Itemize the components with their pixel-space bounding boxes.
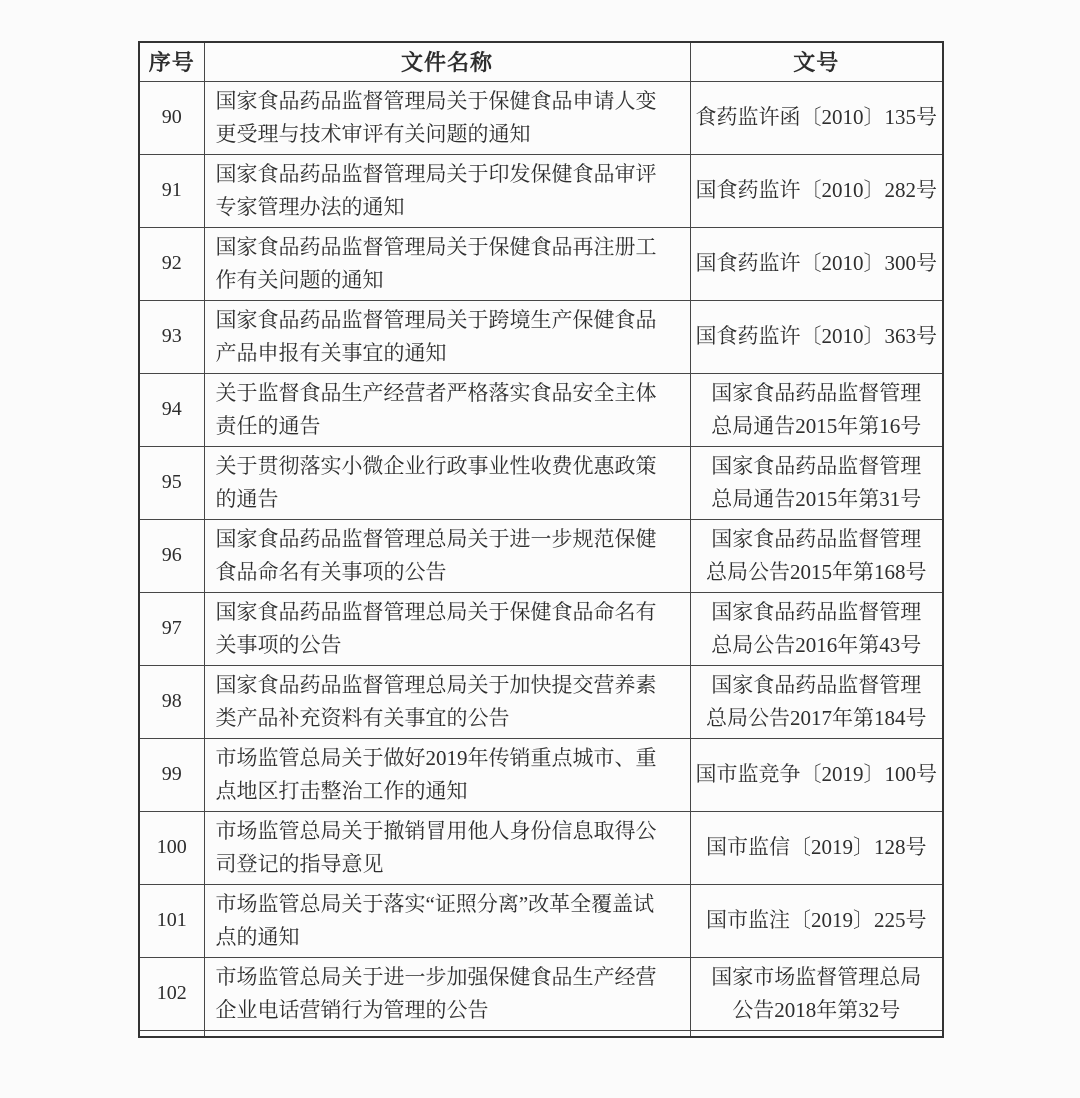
document-number-cell: 国家市场监督管理总局 公告2018年第32号 — [690, 957, 943, 1030]
filler-cell — [204, 1030, 690, 1037]
document-number-cell: 国市监竞争〔2019〕100号 — [690, 738, 943, 811]
table-row: 93 国家食品药品监督管理局关于跨境生产保健食品 产品申报有关事宜的通知 国食药… — [139, 300, 943, 373]
document-page: 序号 文件名称 文号 90 国家食品药品监督管理局关于保健食品申请人变 更受理与… — [0, 0, 1080, 1098]
document-name-cell: 市场监管总局关于落实“证照分离”改革全覆盖试 点的通知 — [204, 884, 690, 957]
document-number-cell: 国市监注〔2019〕225号 — [690, 884, 943, 957]
serial-number-cell: 97 — [139, 592, 204, 665]
table-row: 102 市场监管总局关于进一步加强保健食品生产经营 企业电话营销行为管理的公告 … — [139, 957, 943, 1030]
serial-number-cell: 100 — [139, 811, 204, 884]
document-number-cell: 国家食品药品监督管理 总局公告2015年第168号 — [690, 519, 943, 592]
serial-number-cell: 90 — [139, 81, 204, 154]
table-row: 90 国家食品药品监督管理局关于保健食品申请人变 更受理与技术审评有关问题的通知… — [139, 81, 943, 154]
table-row: 99 市场监管总局关于做好2019年传销重点城市、重 点地区打击整治工作的通知 … — [139, 738, 943, 811]
document-number-cell: 国食药监许〔2010〕363号 — [690, 300, 943, 373]
document-number-cell: 国食药监许〔2010〕300号 — [690, 227, 943, 300]
table-row: 101 市场监管总局关于落实“证照分离”改革全覆盖试 点的通知 国市监注〔201… — [139, 884, 943, 957]
document-number-cell: 国家食品药品监督管理 总局通告2015年第16号 — [690, 373, 943, 446]
serial-number-cell: 93 — [139, 300, 204, 373]
table-row: 97 国家食品药品监督管理总局关于保健食品命名有 关事项的公告 国家食品药品监督… — [139, 592, 943, 665]
table-row: 91 国家食品药品监督管理局关于印发保健食品审评 专家管理办法的通知 国食药监许… — [139, 154, 943, 227]
document-number-cell: 国家食品药品监督管理 总局公告2017年第184号 — [690, 665, 943, 738]
document-name-cell: 国家食品药品监督管理总局关于保健食品命名有 关事项的公告 — [204, 592, 690, 665]
table-row: 98 国家食品药品监督管理总局关于加快提交营养素 类产品补充资料有关事宜的公告 … — [139, 665, 943, 738]
table-row: 96 国家食品药品监督管理总局关于进一步规范保健 食品命名有关事项的公告 国家食… — [139, 519, 943, 592]
serial-number-cell: 101 — [139, 884, 204, 957]
header-document-number: 文号 — [690, 42, 943, 81]
document-name-cell: 市场监管总局关于进一步加强保健食品生产经营 企业电话营销行为管理的公告 — [204, 957, 690, 1030]
document-number-cell: 国食药监许〔2010〕282号 — [690, 154, 943, 227]
document-name-cell: 国家食品药品监督管理局关于保健食品再注册工 作有关问题的通知 — [204, 227, 690, 300]
table-row: 94 关于监督食品生产经营者严格落实食品安全主体 责任的通告 国家食品药品监督管… — [139, 373, 943, 446]
serial-number-cell: 99 — [139, 738, 204, 811]
serial-number-cell: 92 — [139, 227, 204, 300]
serial-number-cell: 102 — [139, 957, 204, 1030]
table-row: 92 国家食品药品监督管理局关于保健食品再注册工 作有关问题的通知 国食药监许〔… — [139, 227, 943, 300]
header-document-name: 文件名称 — [204, 42, 690, 81]
table-row: 100 市场监管总局关于撤销冒用他人身份信息取得公 司登记的指导意见 国市监信〔… — [139, 811, 943, 884]
serial-number-cell: 98 — [139, 665, 204, 738]
serial-number-cell: 96 — [139, 519, 204, 592]
document-number-cell: 国市监信〔2019〕128号 — [690, 811, 943, 884]
document-name-cell: 国家食品药品监督管理总局关于进一步规范保健 食品命名有关事项的公告 — [204, 519, 690, 592]
document-number-cell: 食药监许函〔2010〕135号 — [690, 81, 943, 154]
document-name-cell: 国家食品药品监督管理总局关于加快提交营养素 类产品补充资料有关事宜的公告 — [204, 665, 690, 738]
table-row: 95 关于贯彻落实小微企业行政事业性收费优惠政策 的通告 国家食品药品监督管理 … — [139, 446, 943, 519]
document-number-cell: 国家食品药品监督管理 总局通告2015年第31号 — [690, 446, 943, 519]
document-name-cell: 国家食品药品监督管理局关于印发保健食品审评 专家管理办法的通知 — [204, 154, 690, 227]
table-header-row: 序号 文件名称 文号 — [139, 42, 943, 81]
serial-number-cell: 91 — [139, 154, 204, 227]
document-name-cell: 国家食品药品监督管理局关于跨境生产保健食品 产品申报有关事宜的通知 — [204, 300, 690, 373]
document-name-cell: 关于监督食品生产经营者严格落实食品安全主体 责任的通告 — [204, 373, 690, 446]
serial-number-cell: 94 — [139, 373, 204, 446]
filler-cell — [690, 1030, 943, 1037]
document-name-cell: 市场监管总局关于做好2019年传销重点城市、重 点地区打击整治工作的通知 — [204, 738, 690, 811]
document-name-cell: 市场监管总局关于撤销冒用他人身份信息取得公 司登记的指导意见 — [204, 811, 690, 884]
document-number-cell: 国家食品药品监督管理 总局公告2016年第43号 — [690, 592, 943, 665]
serial-number-cell: 95 — [139, 446, 204, 519]
document-list-table: 序号 文件名称 文号 90 国家食品药品监督管理局关于保健食品申请人变 更受理与… — [138, 41, 944, 1038]
table-bottom-filler-row — [139, 1030, 943, 1037]
document-name-cell: 关于贯彻落实小微企业行政事业性收费优惠政策 的通告 — [204, 446, 690, 519]
filler-cell — [139, 1030, 204, 1037]
document-name-cell: 国家食品药品监督管理局关于保健食品申请人变 更受理与技术审评有关问题的通知 — [204, 81, 690, 154]
header-serial-number: 序号 — [139, 42, 204, 81]
